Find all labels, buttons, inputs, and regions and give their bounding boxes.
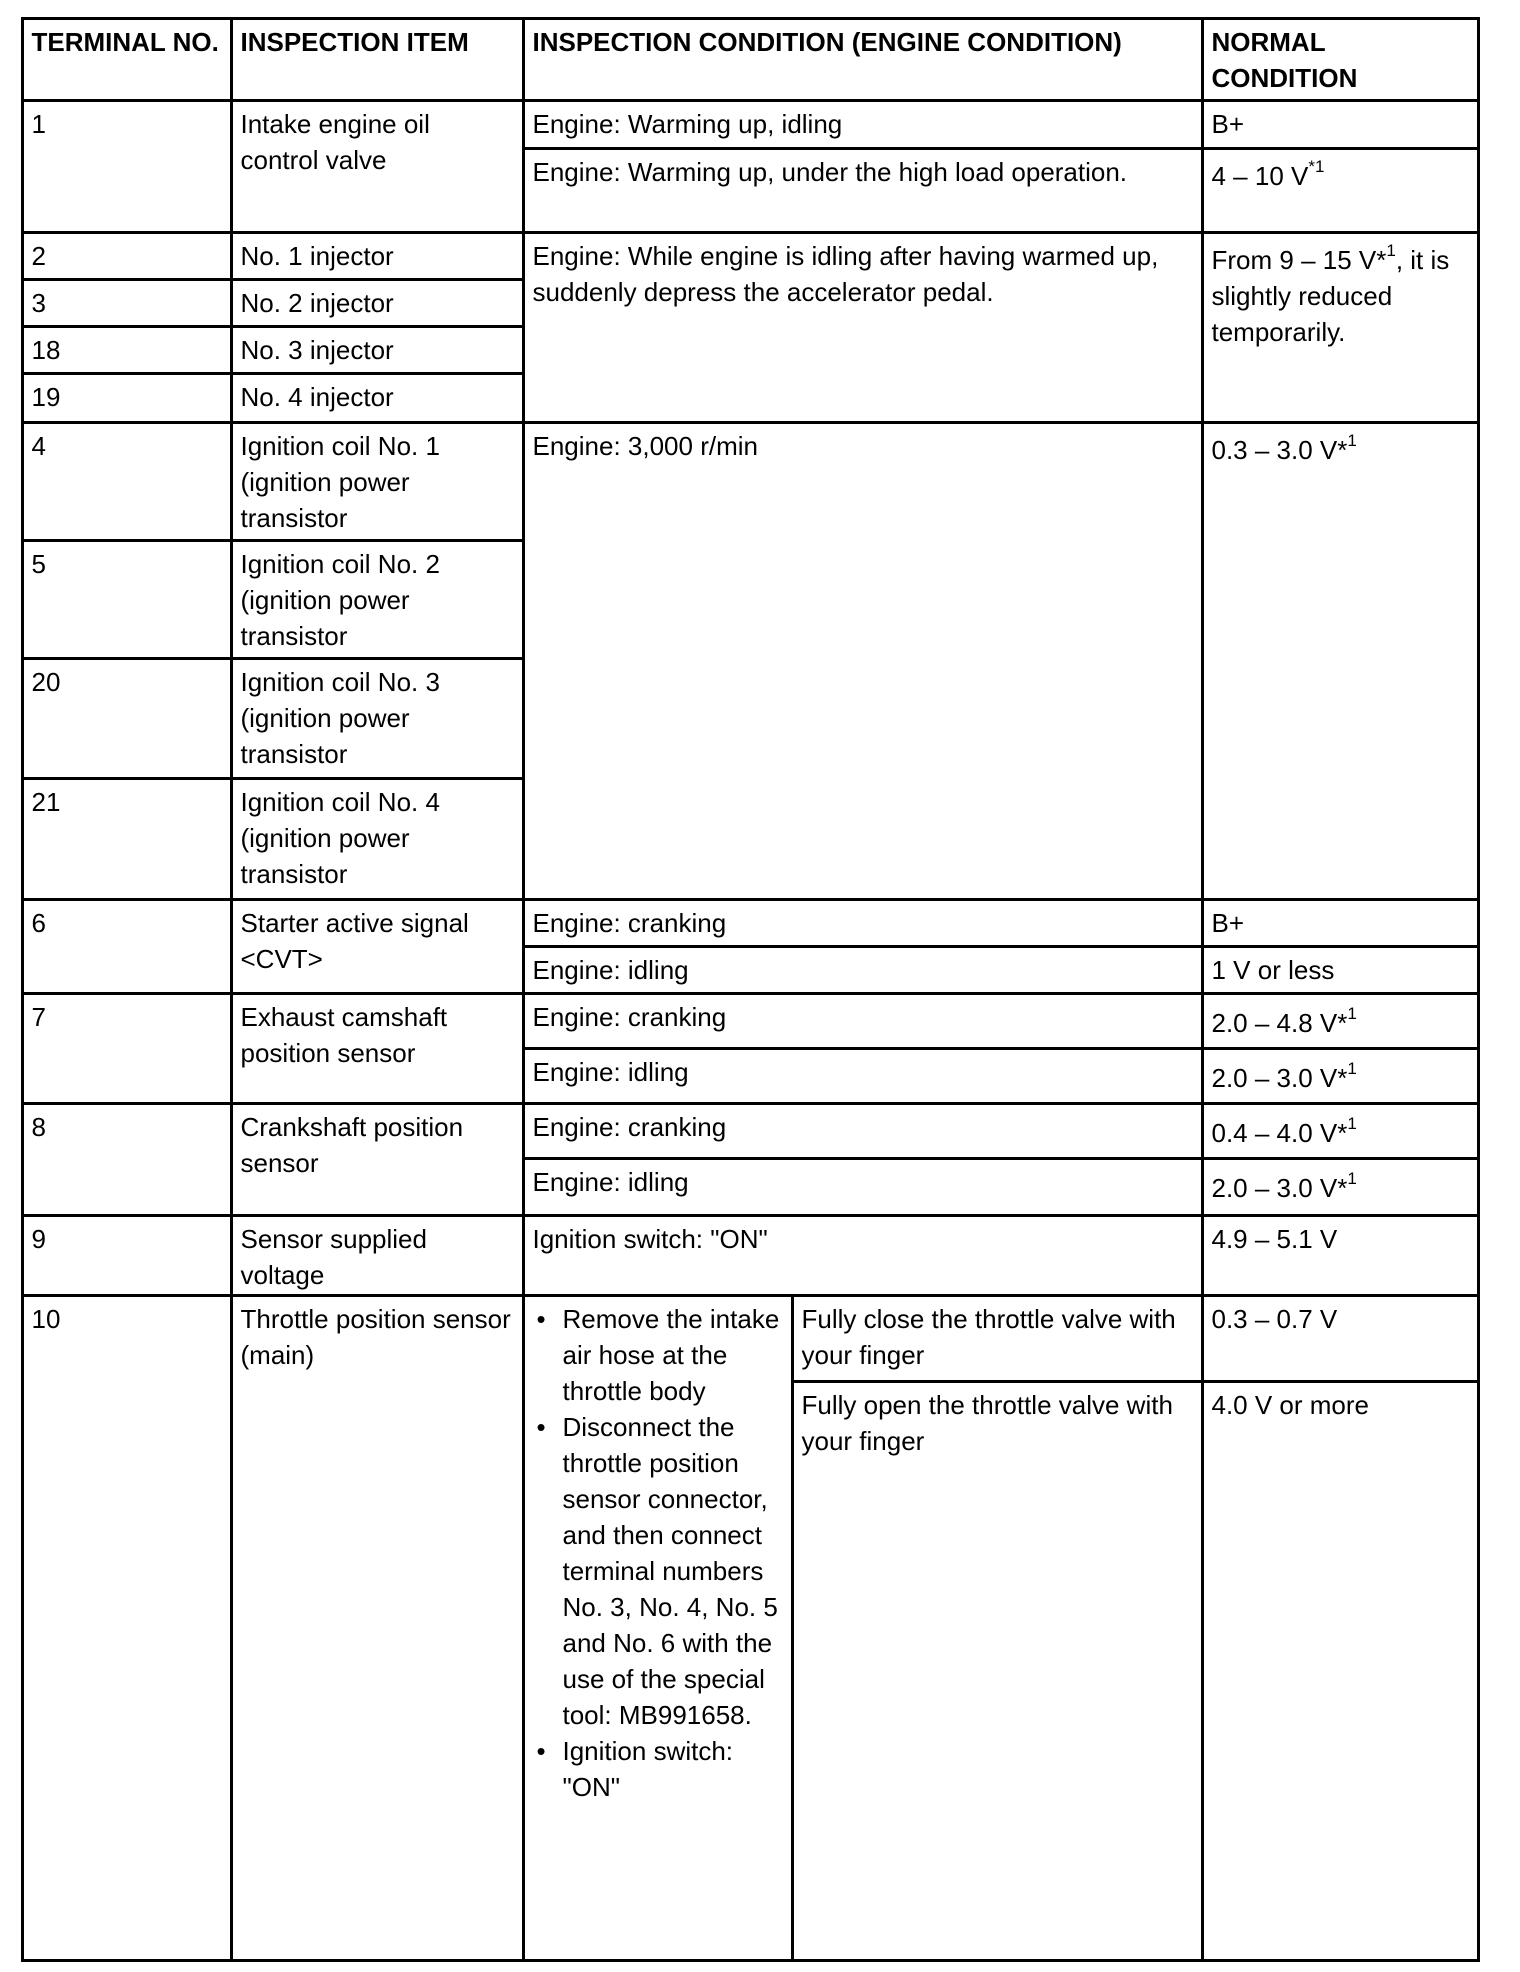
table-row-condition: Engine: idling	[522, 945, 1204, 995]
terminal-number: 1	[32, 109, 46, 139]
table-row-normal: 2.0 – 4.8 V*1	[1201, 992, 1480, 1050]
terminal-number: 3	[32, 288, 46, 318]
footnote-marker: 1	[1347, 1169, 1356, 1188]
precondition-item: Ignition switch: "ON"	[563, 1733, 783, 1805]
inspection-item: Exhaust camshaft position sensor	[241, 1002, 448, 1068]
table-row-item: Starter active signal <CVT>	[230, 898, 525, 995]
normal-value: 4.9 – 5.1 V	[1212, 1224, 1338, 1254]
table-row-terminal: 5	[21, 539, 233, 660]
inspection-item: Sensor supplied voltage	[241, 1224, 427, 1290]
table-row-item: Intake engine oil control valve	[230, 99, 525, 234]
inspection-condition: Engine: 3,000 r/min	[533, 431, 758, 461]
terminal-number: 21	[32, 787, 61, 817]
precondition-list: Remove the intake air hose at the thrott…	[533, 1301, 783, 1805]
normal-value: 2.0 – 4.8 V*	[1212, 1008, 1348, 1038]
table-row-terminal: 8	[21, 1102, 233, 1217]
table-row-terminal: 3	[21, 278, 233, 328]
table-row-terminal: 2	[21, 231, 233, 281]
terminal-number: 5	[32, 549, 46, 579]
header-terminal-no: TERMINAL NO.	[21, 17, 233, 102]
terminal-number: 19	[32, 382, 61, 412]
inspection-condition: Engine: cranking	[533, 1112, 727, 1142]
table-row-condition: Engine: Warming up, under the high load …	[522, 147, 1204, 234]
inspection-item: Crankshaft position sensor	[241, 1112, 464, 1178]
terminal-number: 6	[32, 908, 46, 938]
inspection-item: Ignition coil No. 2 (ignition power tran…	[241, 549, 440, 651]
footnote-marker: *1	[1308, 157, 1324, 176]
table-row-item: Exhaust camshaft position sensor	[230, 992, 525, 1105]
inspection-condition: Engine: While engine is idling after hav…	[533, 241, 1159, 307]
table-row-terminal: 9	[21, 1214, 233, 1297]
inspection-condition: Fully open the throttle valve with your …	[802, 1390, 1173, 1456]
footnote-marker: 1	[1347, 431, 1356, 450]
table-row-condition: Engine: cranking	[522, 992, 1204, 1050]
precondition-list-cell: Remove the intake air hose at the thrott…	[522, 1294, 794, 1962]
table-row-item: Ignition coil No. 2 (ignition power tran…	[230, 539, 525, 660]
table-row-normal: 4.9 – 5.1 V	[1201, 1214, 1480, 1297]
inspection-condition: Fully close the throttle valve with your…	[802, 1304, 1176, 1370]
inspection-item: Starter active signal <CVT>	[241, 908, 469, 974]
header-normal-condition: NORMAL CONDITION	[1201, 17, 1480, 102]
terminal-number: 18	[32, 335, 61, 365]
table-row-terminal: 4	[21, 421, 233, 542]
inspection-condition: Engine: idling	[533, 955, 689, 985]
table-row-condition: Fully open the throttle valve with your …	[791, 1380, 1204, 1962]
normal-value: 2.0 – 3.0 V*	[1212, 1063, 1348, 1093]
table-row-condition: Engine: idling	[522, 1047, 1204, 1105]
terminal-number: 2	[32, 241, 46, 271]
table-row-normal: 4.0 V or more	[1201, 1380, 1480, 1962]
table-row-item: No. 1 injector	[230, 231, 525, 281]
terminal-number: 4	[32, 431, 46, 461]
table-row-terminal: 21	[21, 777, 233, 901]
inspection-item: Ignition coil No. 3 (ignition power tran…	[241, 667, 440, 769]
table-row-item: No. 3 injector	[230, 325, 525, 375]
normal-value: From 9 – 15 V*	[1212, 245, 1387, 275]
footnote-marker: 1	[1347, 1114, 1356, 1133]
table-row-condition: Fully close the throttle valve with your…	[791, 1294, 1204, 1383]
inspection-condition: Engine: cranking	[533, 908, 727, 938]
injector-condition: Engine: While engine is idling after hav…	[522, 231, 1204, 424]
table-row-normal: B+	[1201, 898, 1480, 948]
table-row-item: Crankshaft position sensor	[230, 1102, 525, 1217]
header-terminal-no-text: TERMINAL NO.	[32, 27, 219, 57]
footnote-marker: 1	[1347, 1004, 1356, 1023]
ignition-condition: Engine: 3,000 r/min	[522, 421, 1204, 901]
normal-value: 4 – 10 V	[1212, 161, 1309, 191]
table-row-normal: 0.4 – 4.0 V*1	[1201, 1102, 1480, 1160]
table-row-terminal: 1	[21, 99, 233, 234]
table-row-normal: 2.0 – 3.0 V*1	[1201, 1047, 1480, 1105]
header-inspection-condition: INSPECTION CONDITION (ENGINE CONDITION)	[522, 17, 1204, 102]
table-row-item: No. 2 injector	[230, 278, 525, 328]
table-row-terminal: 20	[21, 657, 233, 780]
table-row-item: Ignition coil No. 3 (ignition power tran…	[230, 657, 525, 780]
table-row-item: Ignition coil No. 4 (ignition power tran…	[230, 777, 525, 901]
table-row-terminal: 19	[21, 372, 233, 424]
normal-value: 0.3 – 0.7 V	[1212, 1304, 1338, 1334]
table-row-condition: Engine: idling	[522, 1157, 1204, 1217]
table-row-condition: Engine: cranking	[522, 898, 1204, 948]
header-inspection-item: INSPECTION ITEM	[230, 17, 525, 102]
inspection-item: No. 4 injector	[241, 382, 394, 412]
table-row-normal: 1 V or less	[1201, 945, 1480, 995]
inspection-condition: Engine: Warming up, under the high load …	[533, 157, 1128, 187]
normal-value: 0.3 – 3.0 V*	[1212, 435, 1348, 465]
precondition-item: Disconnect the throttle position sensor …	[563, 1409, 783, 1733]
inspection-condition: Engine: idling	[533, 1167, 689, 1197]
ignition-normal: 0.3 – 3.0 V*1	[1201, 421, 1480, 901]
inspection-item: Throttle position sensor (main)	[241, 1304, 511, 1370]
normal-value: 1 V or less	[1212, 955, 1335, 985]
header-normal-condition-text: NORMAL CONDITION	[1212, 27, 1358, 93]
inspection-condition: Engine: idling	[533, 1057, 689, 1087]
table-row-item: Throttle position sensor (main)	[230, 1294, 525, 1962]
normal-value: 2.0 – 3.0 V*	[1212, 1173, 1348, 1203]
table-row-normal: 2.0 – 3.0 V*1	[1201, 1157, 1480, 1217]
inspection-item: No. 1 injector	[241, 241, 394, 271]
footnote-marker: 1	[1347, 1059, 1356, 1078]
table-row-item: Ignition coil No. 1 (ignition power tran…	[230, 421, 525, 542]
table-row-terminal: 6	[21, 898, 233, 995]
table-row-terminal: 7	[21, 992, 233, 1105]
inspection-item: Intake engine oil control valve	[241, 109, 430, 175]
header-inspection-condition-text: INSPECTION CONDITION (ENGINE CONDITION)	[533, 27, 1122, 57]
terminal-number: 8	[32, 1112, 46, 1142]
terminal-number: 10	[32, 1304, 61, 1334]
table-row-normal: 0.3 – 0.7 V	[1201, 1294, 1480, 1383]
inspection-item: No. 3 injector	[241, 335, 394, 365]
terminal-number: 20	[32, 667, 61, 697]
terminal-number: 7	[32, 1002, 46, 1032]
table-row-condition: Engine: Warming up, idling	[522, 99, 1204, 150]
inspection-condition: Engine: Warming up, idling	[533, 109, 843, 139]
injector-normal: From 9 – 15 V*1, it is slightly reduced …	[1201, 231, 1480, 424]
table-row-terminal: 18	[21, 325, 233, 375]
table-row-condition: Ignition switch: "ON"	[522, 1214, 1204, 1297]
terminal-inspection-table: TERMINAL NO. INSPECTION ITEM INSPECTION …	[0, 0, 1520, 1972]
table-row-condition: Engine: cranking	[522, 1102, 1204, 1160]
terminal-number: 9	[32, 1224, 46, 1254]
inspection-item: Ignition coil No. 4 (ignition power tran…	[241, 787, 440, 889]
inspection-condition: Ignition switch: "ON"	[533, 1224, 768, 1254]
normal-value: 4.0 V or more	[1212, 1390, 1370, 1420]
inspection-item: No. 2 injector	[241, 288, 394, 318]
footnote-marker: 1	[1386, 241, 1395, 260]
normal-value: 0.4 – 4.0 V*	[1212, 1118, 1348, 1148]
table-row-item: Sensor supplied voltage	[230, 1214, 525, 1297]
inspection-item: Ignition coil No. 1 (ignition power tran…	[241, 431, 440, 533]
precondition-item: Remove the intake air hose at the thrott…	[563, 1301, 783, 1409]
table-row-normal: 4 – 10 V*1	[1201, 147, 1480, 234]
table-row-terminal: 10	[21, 1294, 233, 1962]
normal-value: B+	[1212, 109, 1245, 139]
table-row-normal: B+	[1201, 99, 1480, 150]
normal-value: B+	[1212, 908, 1245, 938]
header-inspection-item-text: INSPECTION ITEM	[241, 27, 469, 57]
table-row-item: No. 4 injector	[230, 372, 525, 424]
inspection-condition: Engine: cranking	[533, 1002, 727, 1032]
